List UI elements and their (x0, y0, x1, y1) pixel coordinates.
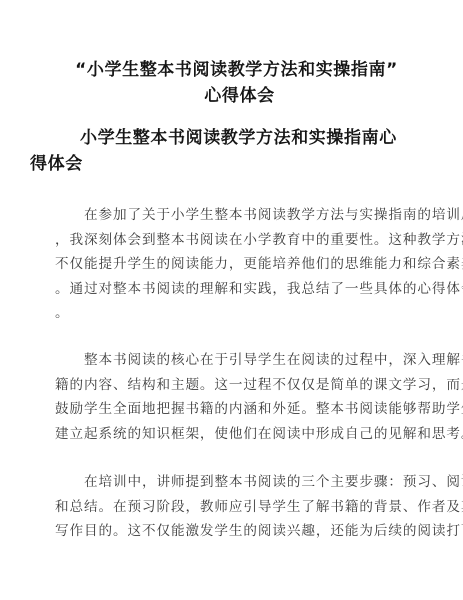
document-page: “小学生整本书阅读教学方法和实操指南” 心得体会 小学生整本书阅读教学方法和实操… (0, 0, 463, 600)
section-heading: 小学生整本书阅读教学方法和实操指南心 得体会 (55, 125, 407, 177)
paragraph-line: 在参加了关于小学生整本书阅读教学方法与实操指南的培训后 (55, 203, 407, 228)
section-heading-line-1: 小学生整本书阅读教学方法和实操指南心 (55, 125, 407, 151)
paragraph-line: 。通过对整本书阅读的理解和实践，我总结了一些具体的心得体会 (55, 277, 407, 302)
document-title-line-1: “小学生整本书阅读教学方法和实操指南” (0, 57, 463, 83)
document-title-line-2: 心得体会 (0, 83, 463, 109)
paragraph-line: ，我深刻体会到整本书阅读在小学教育中的重要性。这种教学方法 (55, 228, 407, 253)
paragraph-line: 不仅能提升学生的阅读能力，更能培养他们的思维能力和综合素养 (55, 252, 407, 277)
paragraph-1: 在参加了关于小学生整本书阅读教学方法与实操指南的培训后 ，我深刻体会到整本书阅读… (55, 203, 407, 326)
paragraph-line: 整本书阅读的核心在于引导学生在阅读的过程中，深入理解书 (55, 348, 407, 373)
paragraph-line: 建立起系统的知识框架，使他们在阅读中形成自己的见解和思考。 (55, 422, 407, 447)
document-title: “小学生整本书阅读教学方法和实操指南” 心得体会 (0, 57, 463, 109)
paragraph-line: 。 (55, 301, 407, 326)
paragraph-3: 在培训中，讲师提到整本书阅读的三个主要步骤：预习、阅读 和总结。在预习阶段，教师… (55, 470, 407, 544)
paragraph-line: 鼓励学生全面地把握书籍的内涵和外延。整本书阅读能够帮助学生 (55, 397, 407, 422)
paragraph-line: 和总结。在预习阶段，教师应引导学生了解书籍的背景、作者及其 (55, 495, 407, 520)
paragraph-line: 在培训中，讲师提到整本书阅读的三个主要步骤：预习、阅读 (55, 470, 407, 495)
paragraph-2: 整本书阅读的核心在于引导学生在阅读的过程中，深入理解书 籍的内容、结构和主题。这… (55, 348, 407, 446)
paragraph-line: 籍的内容、结构和主题。这一过程不仅仅是简单的课文学习，而是 (55, 373, 407, 398)
section-heading-line-2: 得体会 (30, 151, 407, 177)
paragraph-line: 写作目的。这不仅能激发学生的阅读兴趣，还能为后续的阅读打下 (55, 519, 407, 544)
